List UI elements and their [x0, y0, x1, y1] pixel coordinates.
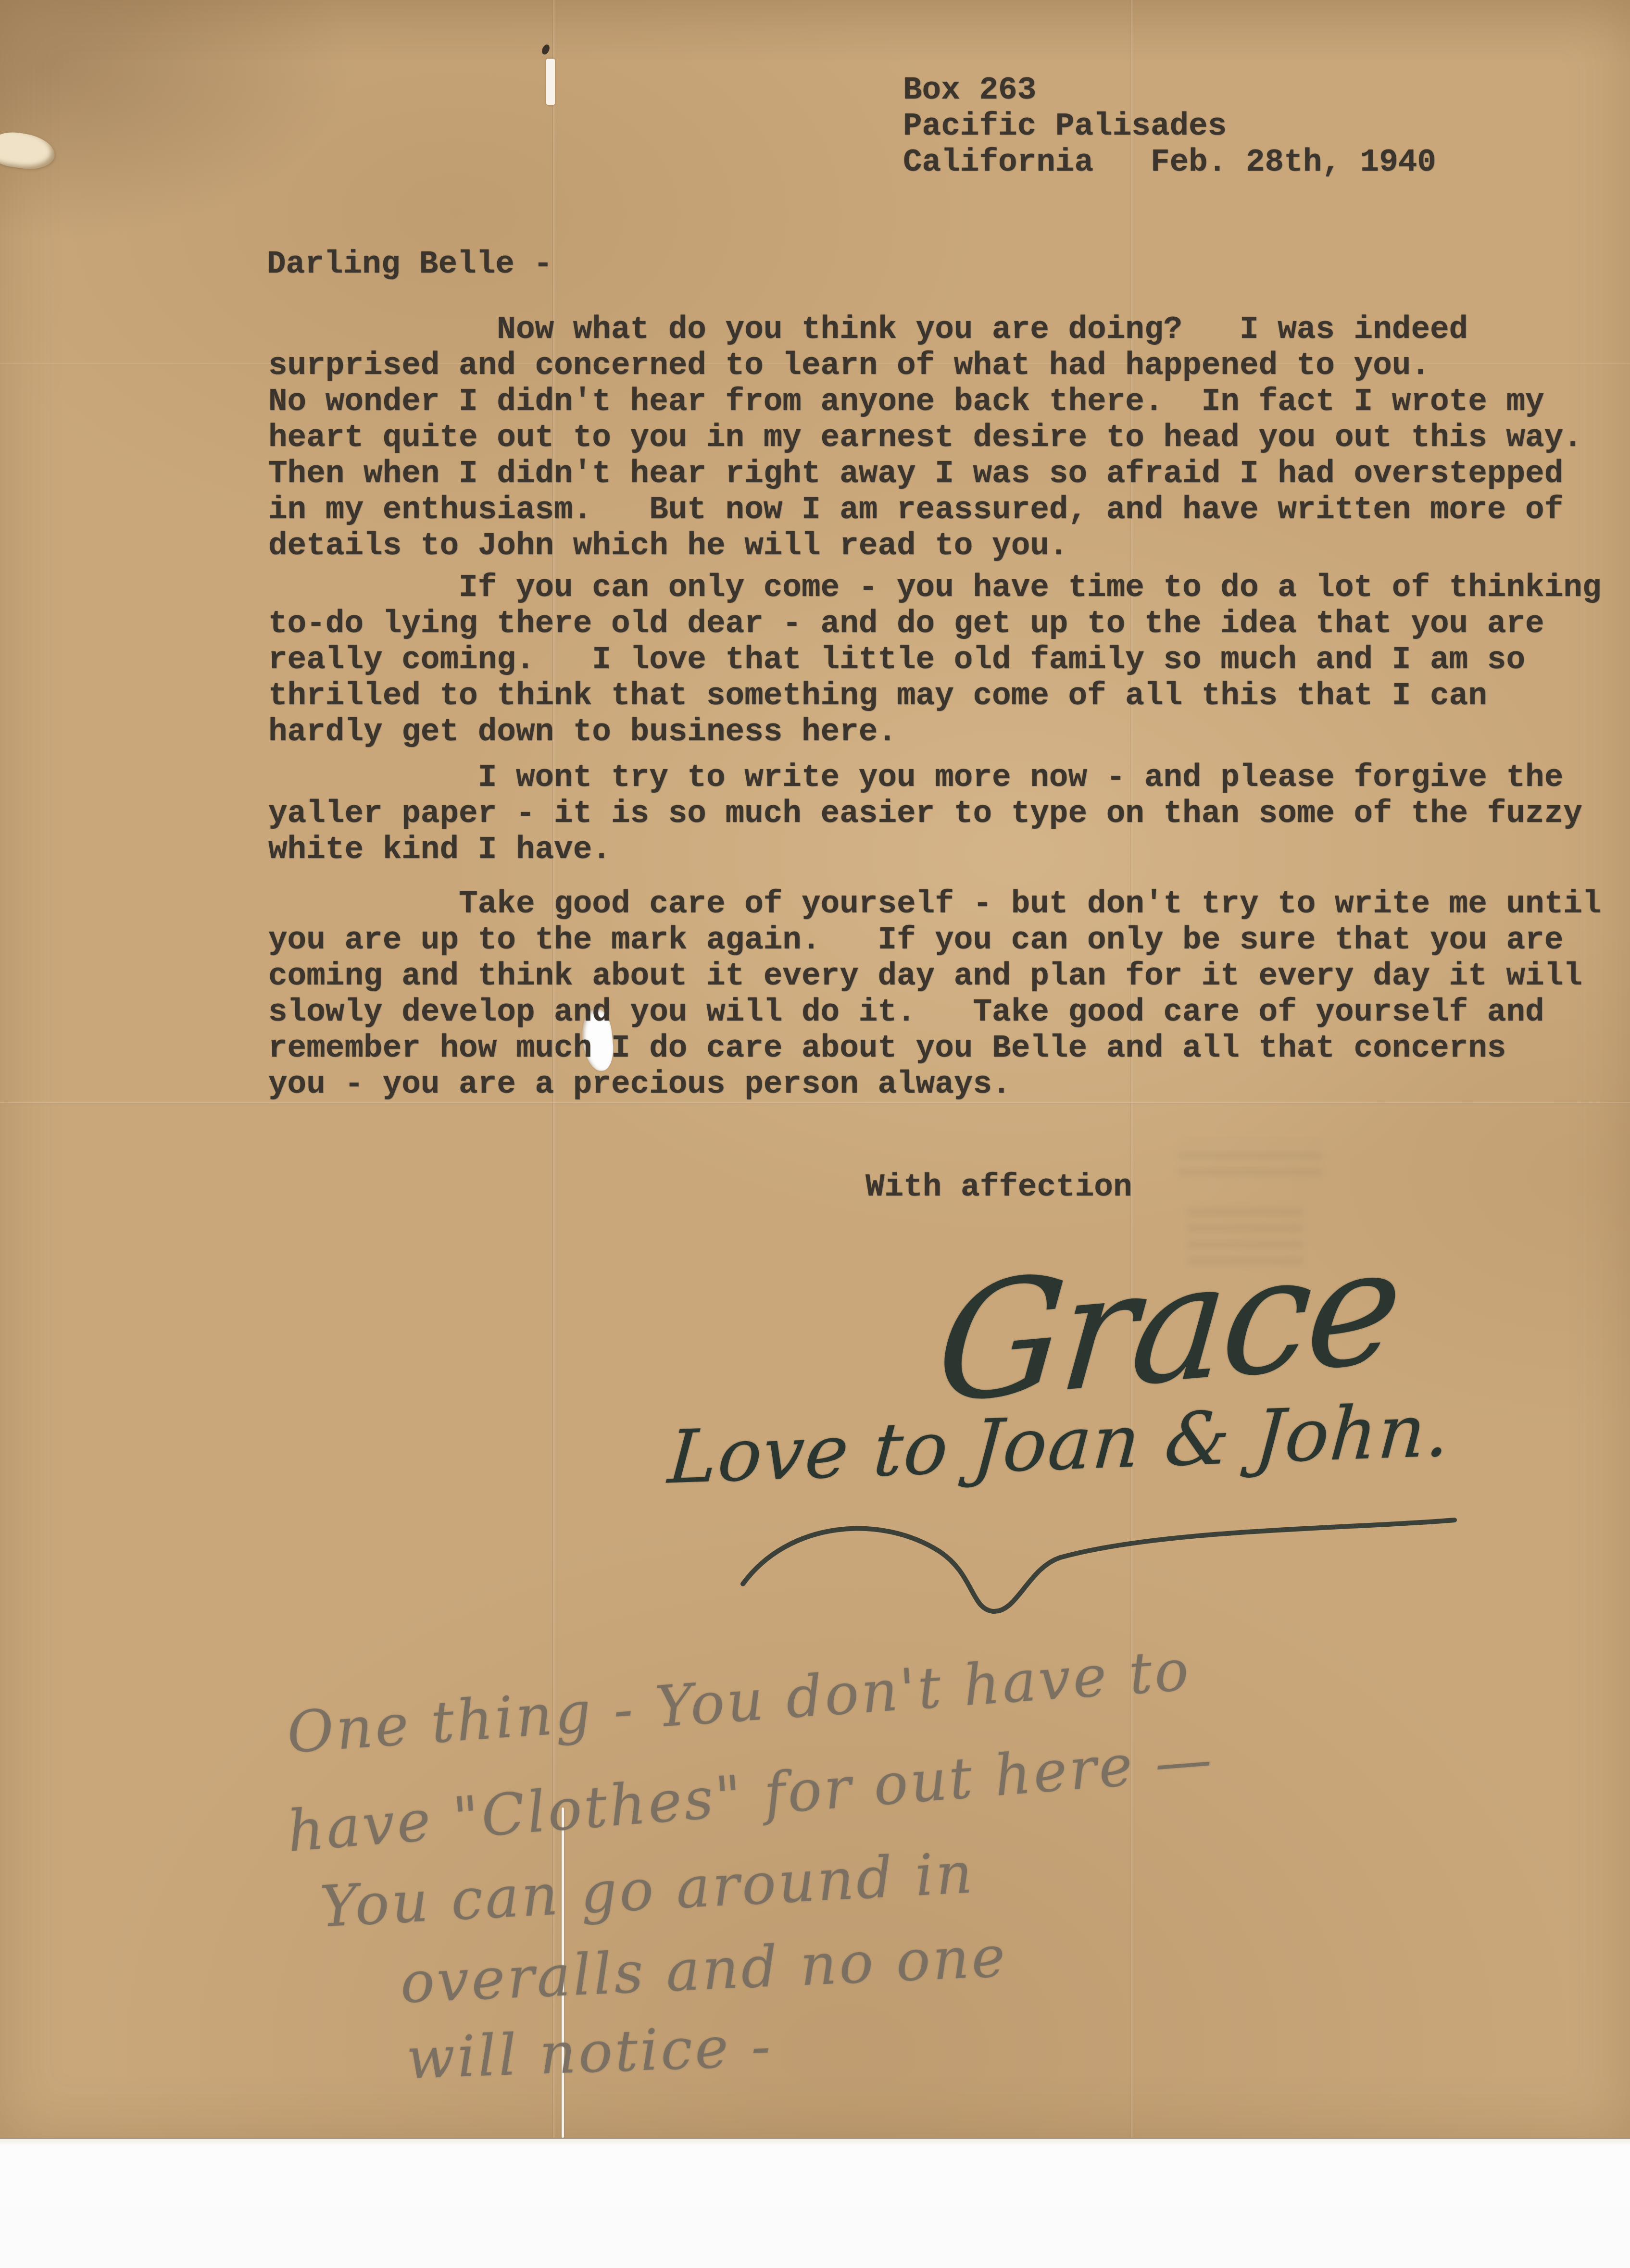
salutation: Darling Belle -: [267, 246, 552, 282]
handwritten-note: Love to Joan & John.: [665, 1387, 1453, 1500]
paragraph-3: I wont try to write you more now - and p…: [268, 760, 1582, 868]
return-address-line: Box 263: [903, 72, 1436, 108]
paper-crack-top: [546, 59, 555, 105]
scanner-strip: [0, 2138, 1630, 2268]
paragraph-1: Now what do you think you are doing? I w…: [268, 312, 1582, 564]
paper: Box 263Pacific PalisadesCalifornia Feb. …: [0, 0, 1630, 2138]
letter-scan: Box 263Pacific PalisadesCalifornia Feb. …: [0, 0, 1630, 2268]
paragraph-4: Take good care of yourself - but don't t…: [268, 886, 1601, 1102]
pencil-line-4: overalls and no one: [399, 1923, 1009, 2016]
signature-flourish: [721, 1495, 1471, 1630]
ink-speck: [540, 43, 551, 56]
paragraph-2: If you can only come - you have time to …: [268, 570, 1601, 750]
return-address: Box 263Pacific PalisadesCalifornia Feb. …: [903, 72, 1436, 180]
closing: With affection: [865, 1169, 1132, 1205]
ghost-ink-transfer: [1178, 1142, 1322, 1175]
paper-tear-left-edge: [0, 129, 57, 173]
return-address-line: California Feb. 28th, 1940: [903, 144, 1436, 180]
return-address-line: Pacific Palisades: [903, 108, 1436, 144]
pencil-line-5: will notice -: [405, 2013, 774, 2092]
